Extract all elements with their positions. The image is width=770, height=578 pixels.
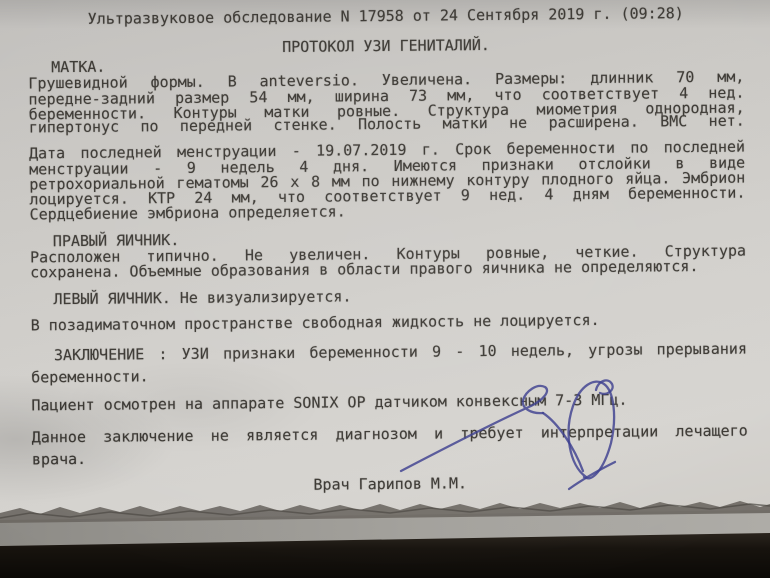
doc-header: Ультразвуковое обследование N 17958 от 2… bbox=[28, 5, 744, 29]
device-line: Пациент осмотрен на аппарате SONIX OP да… bbox=[31, 391, 747, 415]
left-ovary-line: ЛЕВЫЙ ЯИЧНИК. Не визуализируется. bbox=[30, 285, 746, 309]
conclusion-line: беременности. bbox=[31, 363, 747, 387]
photo-of-document: Ультразвуковое обследование N 17958 от 2… bbox=[0, 0, 770, 578]
disclaimer-line: Данное заключение не является диагнозом … bbox=[32, 423, 748, 447]
free-fluid-line: В позадиматочном пространстве свободная … bbox=[31, 311, 747, 335]
document-page: Ультразвуковое обследование N 17958 от 2… bbox=[28, 0, 749, 508]
disclaimer-line: врача. bbox=[32, 445, 748, 469]
conclusion-line: ЗАКЛЮЧЕНИЕ : УЗИ признаки беременности 9… bbox=[31, 341, 747, 365]
doctor-name-line: Врач Гарипов М.М. bbox=[32, 473, 748, 497]
paper-torn-edge bbox=[0, 500, 770, 578]
